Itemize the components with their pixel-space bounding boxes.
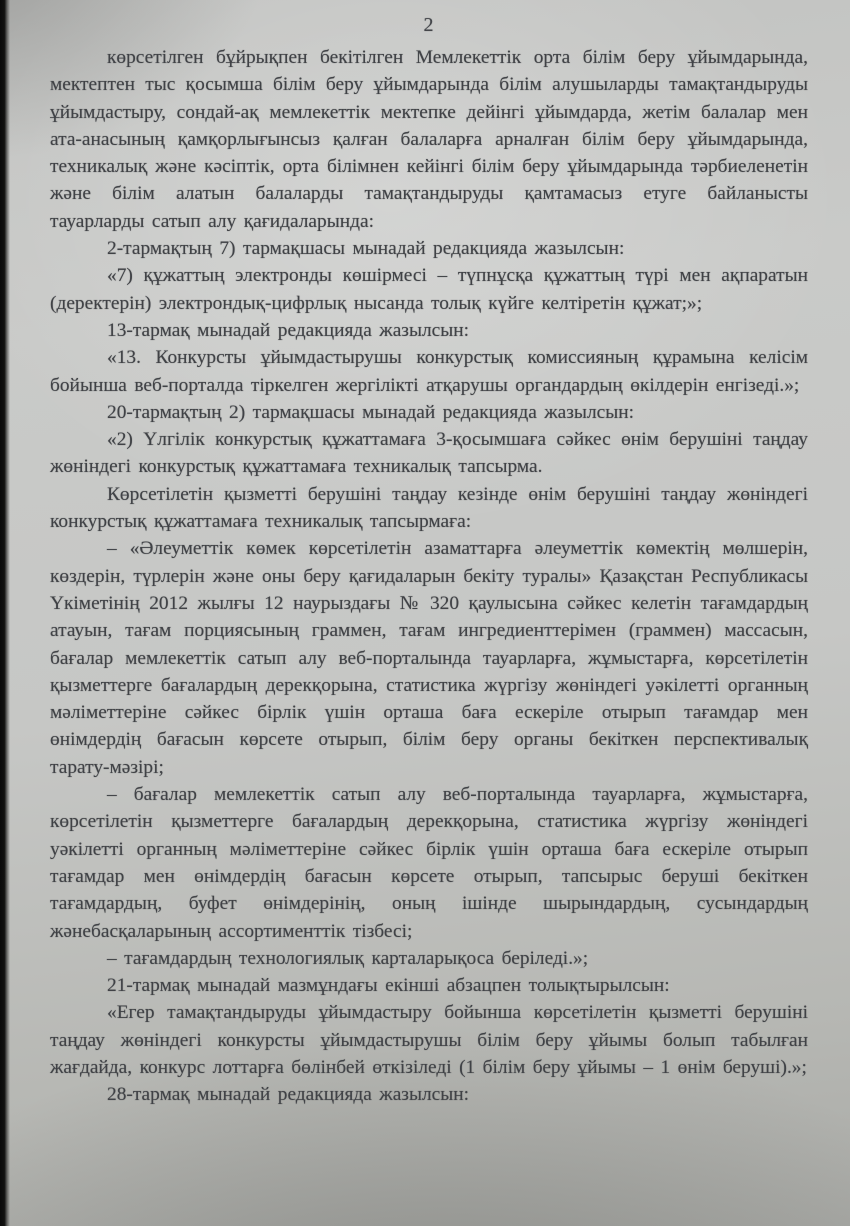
paragraph: көрсетілген бұйрықпен бекітілген Мемлеке… — [50, 44, 808, 235]
paragraph: – «Әлеуметтік көмек көрсетілетін азаматт… — [50, 535, 808, 781]
paragraph: 13-тармақ мынадай редакцияда жазылсын: — [50, 317, 808, 344]
paragraph: «Егер тамақтандыруды ұйымдастыру бойынша… — [50, 999, 808, 1081]
paragraph: 28-тармақ мынадай редакцияда жазылсын: — [50, 1081, 808, 1108]
paragraph: «2) Үлгілік конкурстық құжаттамаға 3-қос… — [50, 426, 808, 481]
paragraph: – бағалар мемлекеттік сатып алу веб-порт… — [50, 781, 808, 945]
document-page: 2 көрсетілген бұйрықпен бекітілген Мемле… — [0, 0, 850, 1226]
left-scan-shadow-edge — [0, 0, 10, 1226]
paragraph: – тағамдардың технологиялық карталарықос… — [50, 945, 808, 972]
paragraph: Көрсетілетін қызметті берушіні таңдау ке… — [50, 481, 808, 536]
document-body: көрсетілген бұйрықпен бекітілген Мемлеке… — [50, 44, 808, 1109]
paragraph: 2-тармақтың 7) тармақшасы мынадай редакц… — [50, 235, 808, 262]
paragraph: «13. Конкурсты ұйымдастырушы конкурстық … — [50, 344, 808, 399]
paragraph: «7) құжаттың электронды көшірмесі – түпн… — [50, 262, 808, 317]
paragraph: 21-тармақ мынадай мазмұндағы екінші абза… — [50, 972, 808, 999]
paragraph: 20-тармақтың 2) тармақшасы мынадай редак… — [50, 399, 808, 426]
page-number: 2 — [50, 12, 808, 38]
